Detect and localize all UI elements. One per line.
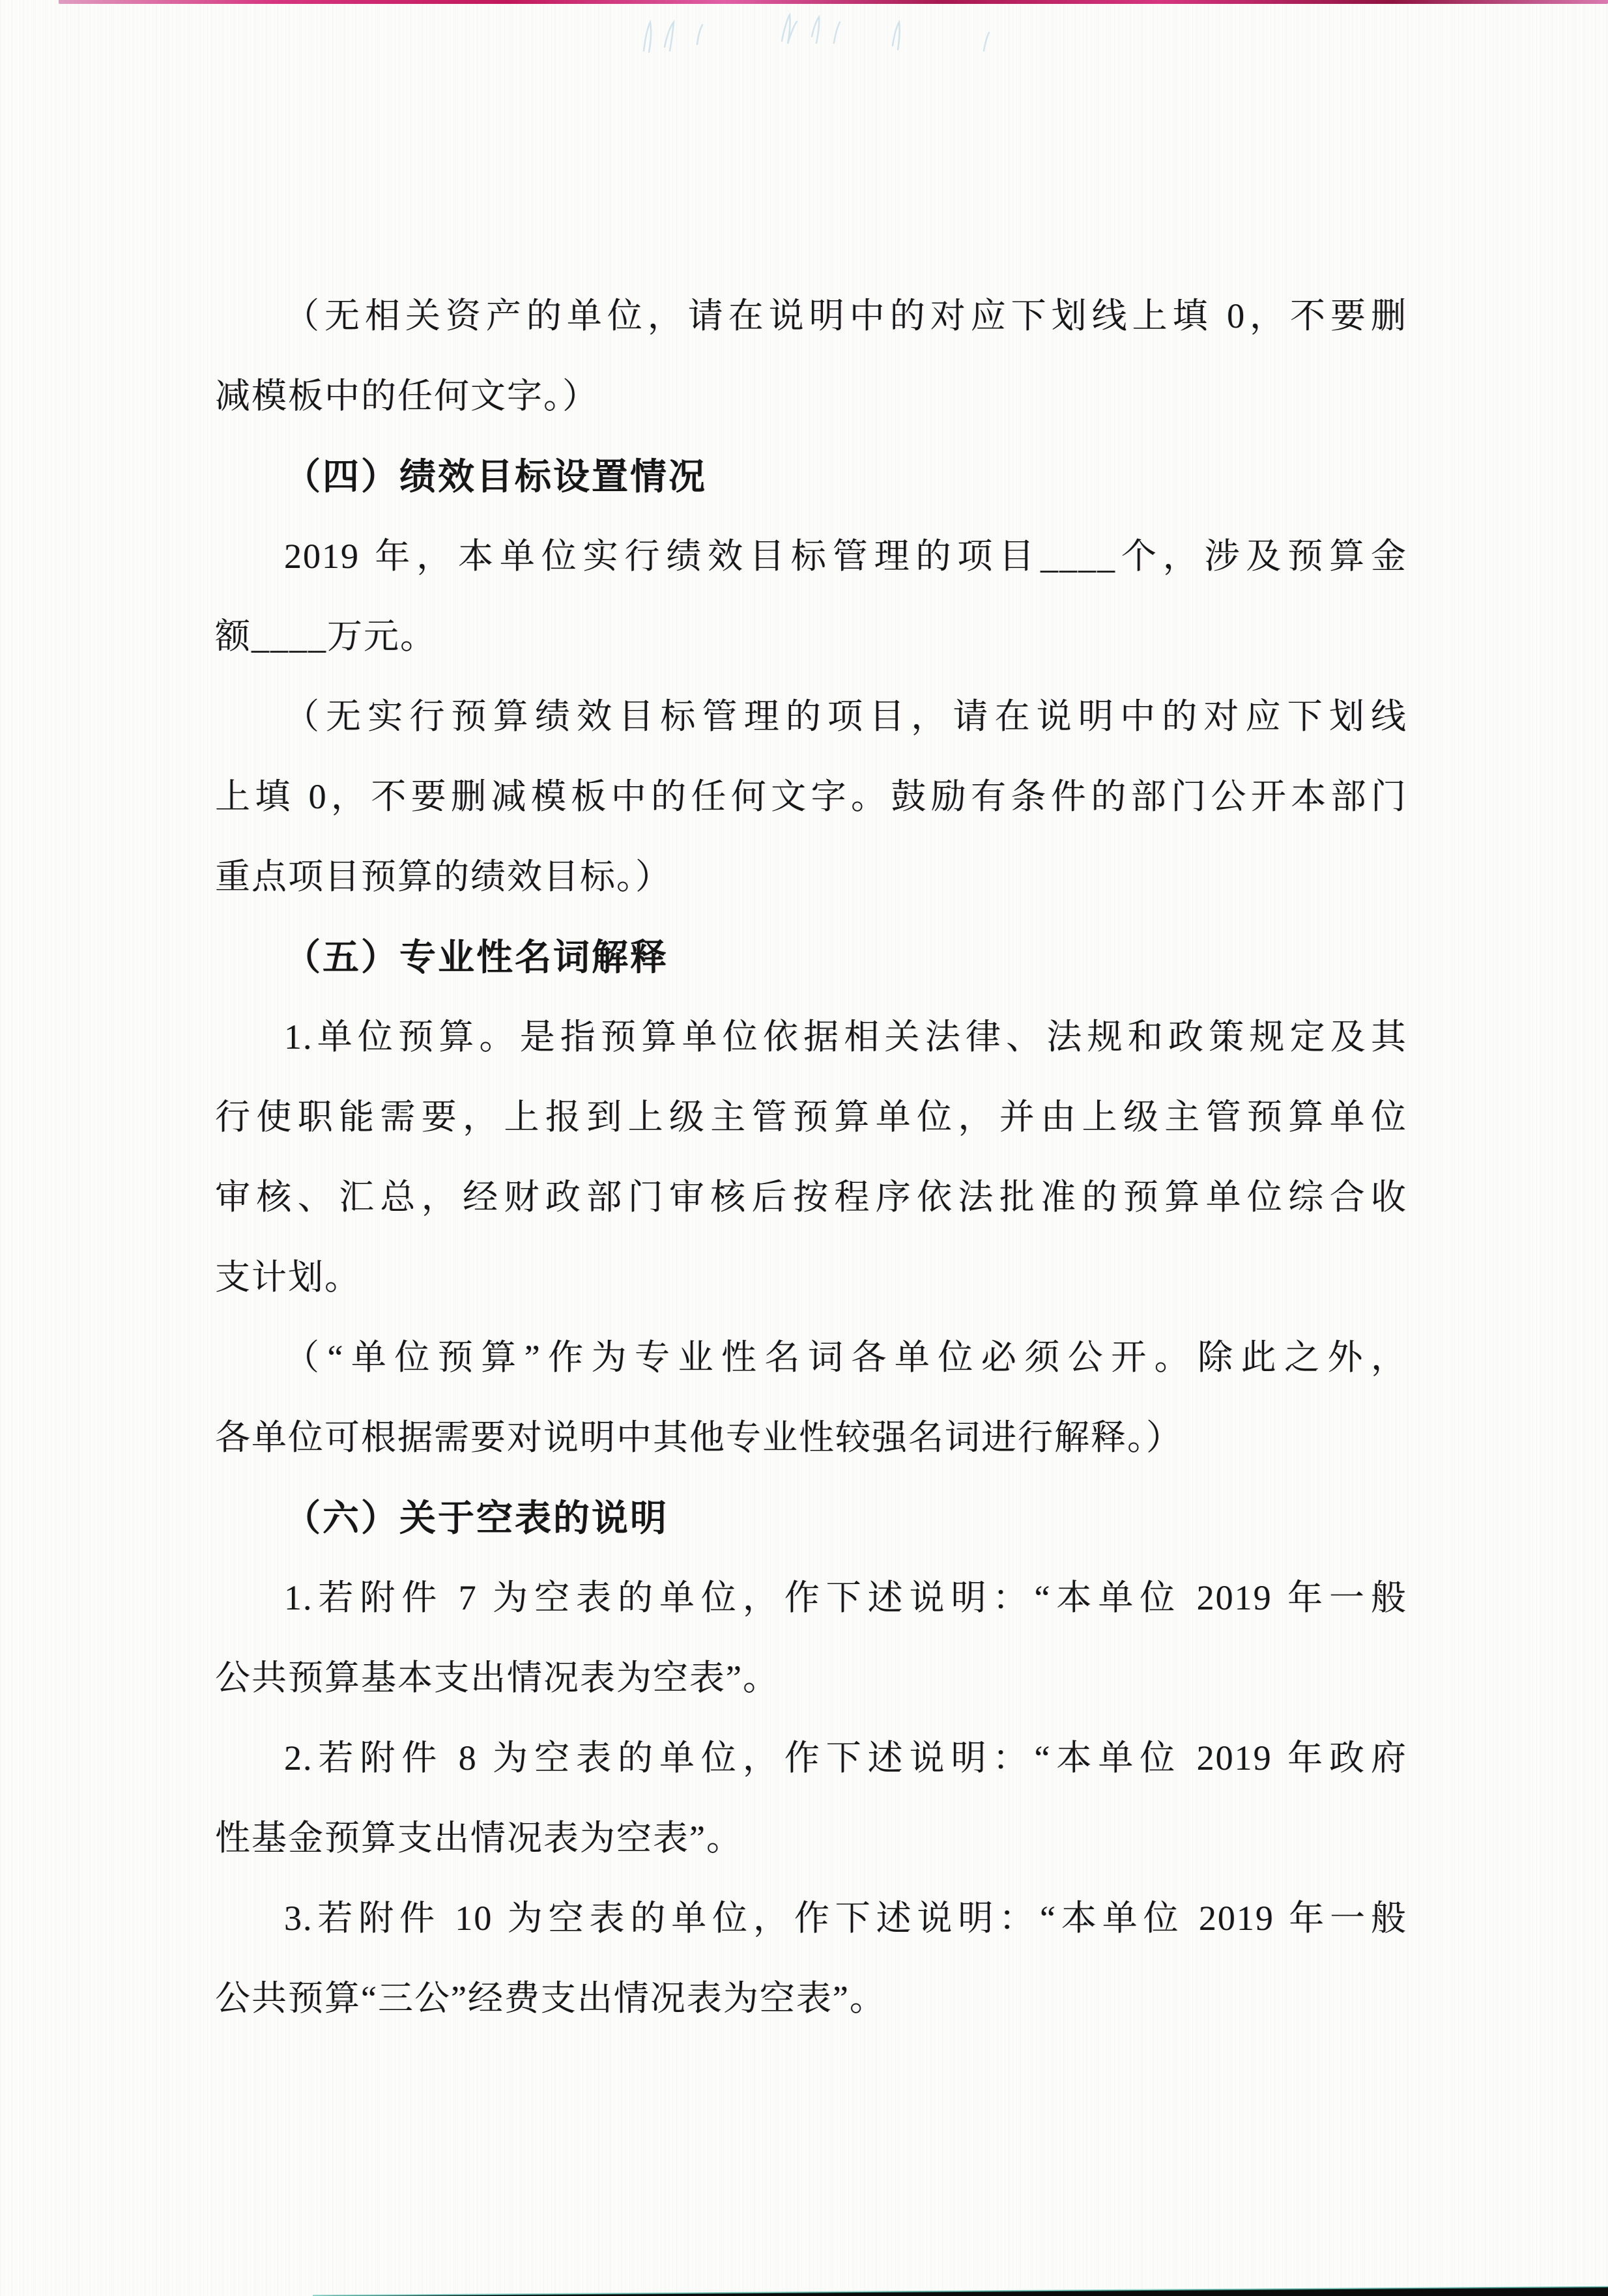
scan-artifact-pencil-squiggle [619,5,1036,83]
heading-line: （四）绩效目标设置情况 [215,436,1407,517]
body-line: （无实行预算绩效目标管理的项目，请在说明中的对应下划线 [215,677,1407,757]
body-line: 公共预算基本支出情况表为空表”。 [215,1638,1407,1718]
body-line: 公共预算“三公”经费支出情况表为空表”。 [215,1959,1407,2039]
body-line: 各单位可根据需要对说明中其他专业性较强名词进行解释。） [215,1398,1407,1478]
body-line: 性基金预算支出情况表为空表”。 [215,1798,1407,1878]
body-line: 2.若附件 8 为空表的单位，作下述说明：“本单位 2019 年政府 [215,1718,1407,1798]
heading-line: （六）关于空表的说明 [215,1478,1407,1558]
body-line: 行使职能需要，上报到上级主管预算单位，并由上级主管预算单位 [215,1077,1407,1157]
body-line: 上填 0，不要删减模板中的任何文字。鼓励有条件的部门公开本部门 [215,757,1407,837]
body-line: 减模板中的任何文字。） [215,356,1407,436]
body-line: 3.若附件 10 为空表的单位，作下述说明：“本单位 2019 年一般 [215,1878,1407,1959]
body-line: 额____万元。 [215,597,1407,677]
body-line: 审核、汇总，经财政部门审核后按程序依法批准的预算单位综合收 [215,1157,1407,1238]
body-line: 1.若附件 7 为空表的单位，作下述说明：“本单位 2019 年一般 [215,1558,1407,1638]
scanned-document-page: （无相关资产的单位，请在说明中的对应下划线上填 0，不要删减模板中的任何文字。）… [0,0,1608,2296]
body-line: 2019 年，本单位实行绩效目标管理的项目____个，涉及预算金 [215,517,1407,597]
body-line: 支计划。 [215,1238,1407,1318]
body-line: 1.单位预算。是指预算单位依据相关法律、法规和政策规定及其 [215,997,1407,1077]
document-body: （无相关资产的单位，请在说明中的对应下划线上填 0，不要删减模板中的任何文字。）… [215,276,1407,2039]
body-line: 重点项目预算的绩效目标。） [215,837,1407,917]
scan-artifact-bottom-stripe [0,2283,1608,2296]
heading-line: （五）专业性名词解释 [215,917,1407,997]
body-line: （无相关资产的单位，请在说明中的对应下划线上填 0，不要删 [215,276,1407,356]
scan-artifact-top-stripe [59,0,1608,4]
body-line: （“单位预算”作为专业性名词各单位必须公开。除此之外， [215,1318,1407,1398]
